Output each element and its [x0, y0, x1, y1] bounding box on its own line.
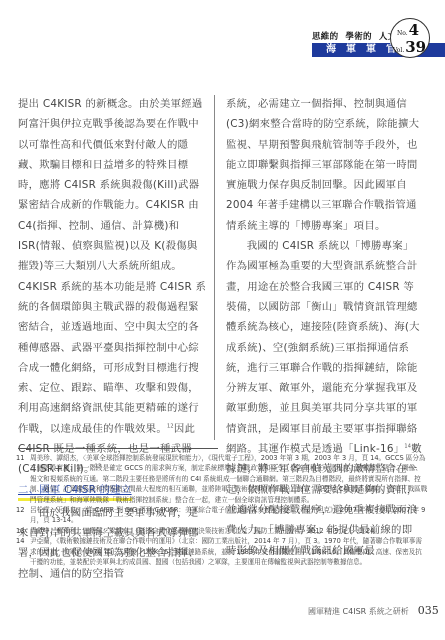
masthead: 思維的學術的人文的 海軍軍官 No.4 Vol.39	[312, 26, 445, 62]
footnotes: 11 周美珍、譚紹杰，〈美軍全球指揮控制系統發展現狀和能力〉，《現代電子工程》，…	[16, 453, 428, 567]
footnote-number: 13	[16, 526, 24, 536]
footnote-ref[interactable]: 12	[167, 423, 174, 429]
issue-badge: No.4 Vol.39	[390, 18, 430, 58]
running-title: 國軍精進 C4ISR 系統之研析	[308, 607, 409, 616]
footnote: 11 周美珍、譚紹杰，〈美軍全球指揮控制系統發展現狀和能力〉，《現代電子工程》，…	[16, 453, 428, 505]
tagline-item: 學術的	[345, 32, 371, 42]
page-footer: 國軍精進 C4ISR 系統之研析035	[308, 604, 438, 617]
page-number: 035	[418, 604, 439, 617]
footnote-text: 尹亞蘭，《戰術數據鏈技術及在聯合作戰中的運用》（北京：國防工業出版社，2014 …	[30, 537, 422, 566]
footnote-number: 11	[16, 453, 24, 463]
body-paragraph: 系統，必需建立一個指揮、控制與通信(C3)網來整合當時的防空系統，除能擴大監視、…	[226, 94, 422, 236]
issue-number: No.4	[397, 21, 419, 39]
footnote-text: 周美珍、譚紹杰，〈美軍全球指揮控制系統發展現狀和能力〉，《現代電子工程》，200…	[30, 454, 427, 504]
footnote: 14 尹亞蘭，《戰術數據鏈技術及在聯合作戰中的運用》（北京：國防工業出版社，20…	[16, 536, 428, 567]
footnote-text: 周獻中、鄭華利、田衛萍、梁維泰，《指揮自動化系統輔助決策技術》（北京：國防工業出…	[30, 527, 381, 535]
body-paragraph: 提出 C4KISR 的新概念。由於美軍經過阿富汗與伊拉克戰爭後認為要在作戰中以可…	[18, 94, 208, 480]
footnote-rule	[18, 448, 218, 449]
column-divider	[214, 95, 215, 440]
footnote-text: 呂松堂、王軍良，〈從 C4ISR 到 GIG 再到 C4KISR：美軍綜合電子信…	[30, 506, 425, 524]
tagline-item: 思維的	[312, 32, 338, 42]
footnote: 13 周獻中、鄭華利、田衛萍、梁維泰，《指揮自動化系統輔助決策技術》（北京：國防…	[16, 526, 428, 536]
volume-number: Vol.39	[393, 38, 426, 56]
footnote-number: 14	[16, 536, 24, 546]
footnote: 12 呂松堂、王軍良，〈從 C4ISR 到 GIG 再到 C4KISR：美軍綜合…	[16, 505, 428, 526]
footnote-number: 12	[16, 505, 24, 515]
